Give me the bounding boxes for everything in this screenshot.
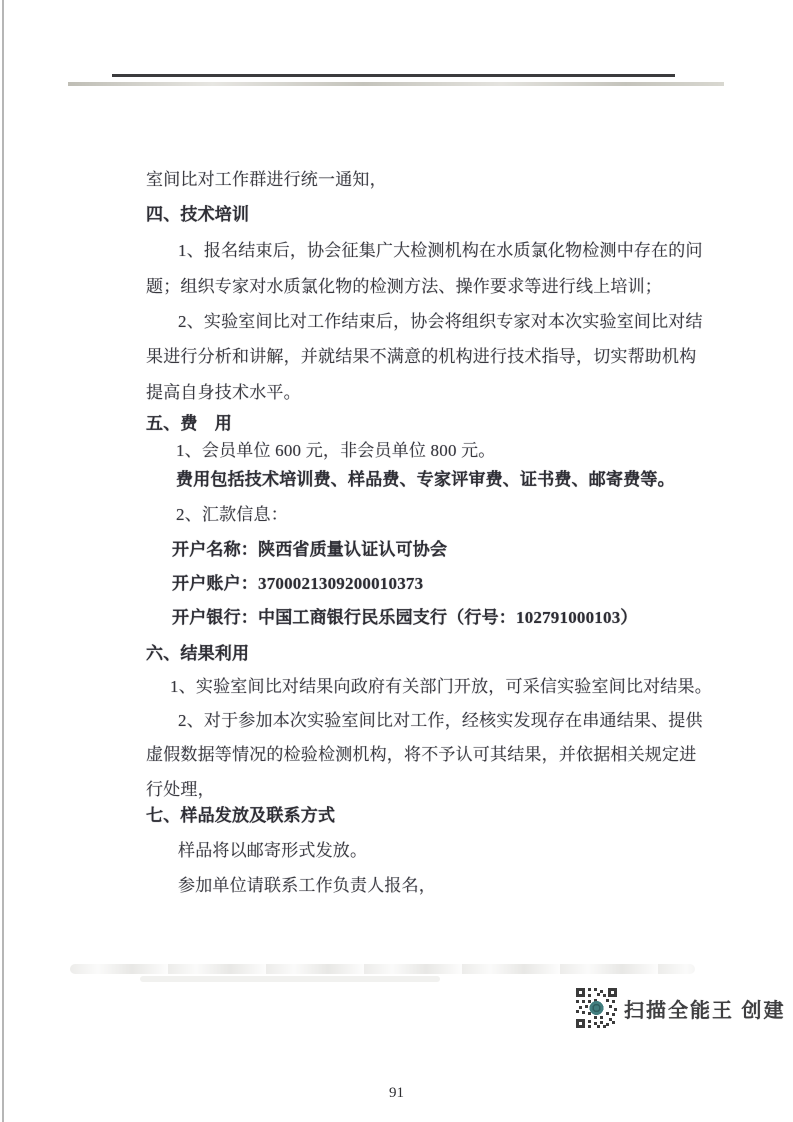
heading-section-5-fees: 五、费 用 <box>146 414 232 433</box>
scan-smudge-band-2 <box>140 976 440 982</box>
scan-edge-line <box>2 0 4 1122</box>
camscanner-watermark-label: 扫描全能王 创建 <box>624 994 786 1023</box>
para-4-item-1-line-2: 题；组织专家对水质氯化物的检测方法、操作要求等进行线上培训； <box>146 277 662 296</box>
heading-section-7-samples-contact: 七、样品发放及联系方式 <box>146 806 335 825</box>
para-4-item-2-line-2: 果进行分析和讲解，并就结果不满意的机构进行技术指导，切实帮助机构 <box>146 347 696 366</box>
para-6-item-2-line-3: 行处理， <box>146 780 215 799</box>
scanned-document-page: 室间比对工作群进行统一通知， 四、技术培训 1、报名结束后，协会征集广大检测机构… <box>0 0 793 1122</box>
header-rule <box>112 74 675 77</box>
para-7-sample-mailing: 样品将以邮寄形式发放。 <box>178 841 367 860</box>
continuation-line-notice: 室间比对工作群进行统一通知， <box>146 170 387 189</box>
account-number-line: 开户账户：3700021309200010373 <box>172 574 423 593</box>
para-6-item-2-line-1: 2、对于参加本次实验室间比对工作，经核实发现存在串通结果、提供 <box>178 711 703 730</box>
scan-smudge-band <box>70 964 695 974</box>
heading-section-4-technical-training: 四、技术培训 <box>146 205 249 224</box>
heading-section-6-results-use: 六、结果利用 <box>146 644 249 663</box>
para-5-fee-includes: 费用包括技术培训费、样品费、专家评审费、证书费、邮寄费等。 <box>176 470 675 489</box>
para-4-item-2-line-1: 2、实验室间比对工作结束后，协会将组织专家对本次实验室间比对结 <box>178 312 703 331</box>
camscanner-qr-code-icon <box>576 988 617 1028</box>
bank-branch-line: 开户银行：中国工商银行民乐园支行（行号：102791000103） <box>172 608 638 627</box>
para-4-item-2-line-3: 提高自身技术水平。 <box>146 383 301 402</box>
para-6-item-1: 1、实验室间比对结果向政府有关部门开放，可采信实验室间比对结果。 <box>170 677 712 696</box>
para-4-item-1-line-1: 1、报名结束后，协会征集广大检测机构在水质氯化物检测中存在的问 <box>178 241 703 260</box>
page-number: 91 <box>0 1085 793 1102</box>
para-6-item-2-line-2: 虚假数据等情况的检验检测机构，将不予认可其结果，并依据相关规定进 <box>146 745 696 764</box>
para-5-fee-amounts: 1、会员单位 600 元，非会员单位 800 元。 <box>176 441 496 460</box>
account-name-line: 开户名称：陕西省质量认证认可协会 <box>172 540 447 559</box>
para-5-remittance-info-label: 2、汇款信息： <box>176 505 288 524</box>
para-7-signup-contact: 参加单位请联系工作负责人报名， <box>178 876 436 895</box>
paper-edge-shadow <box>68 82 724 86</box>
